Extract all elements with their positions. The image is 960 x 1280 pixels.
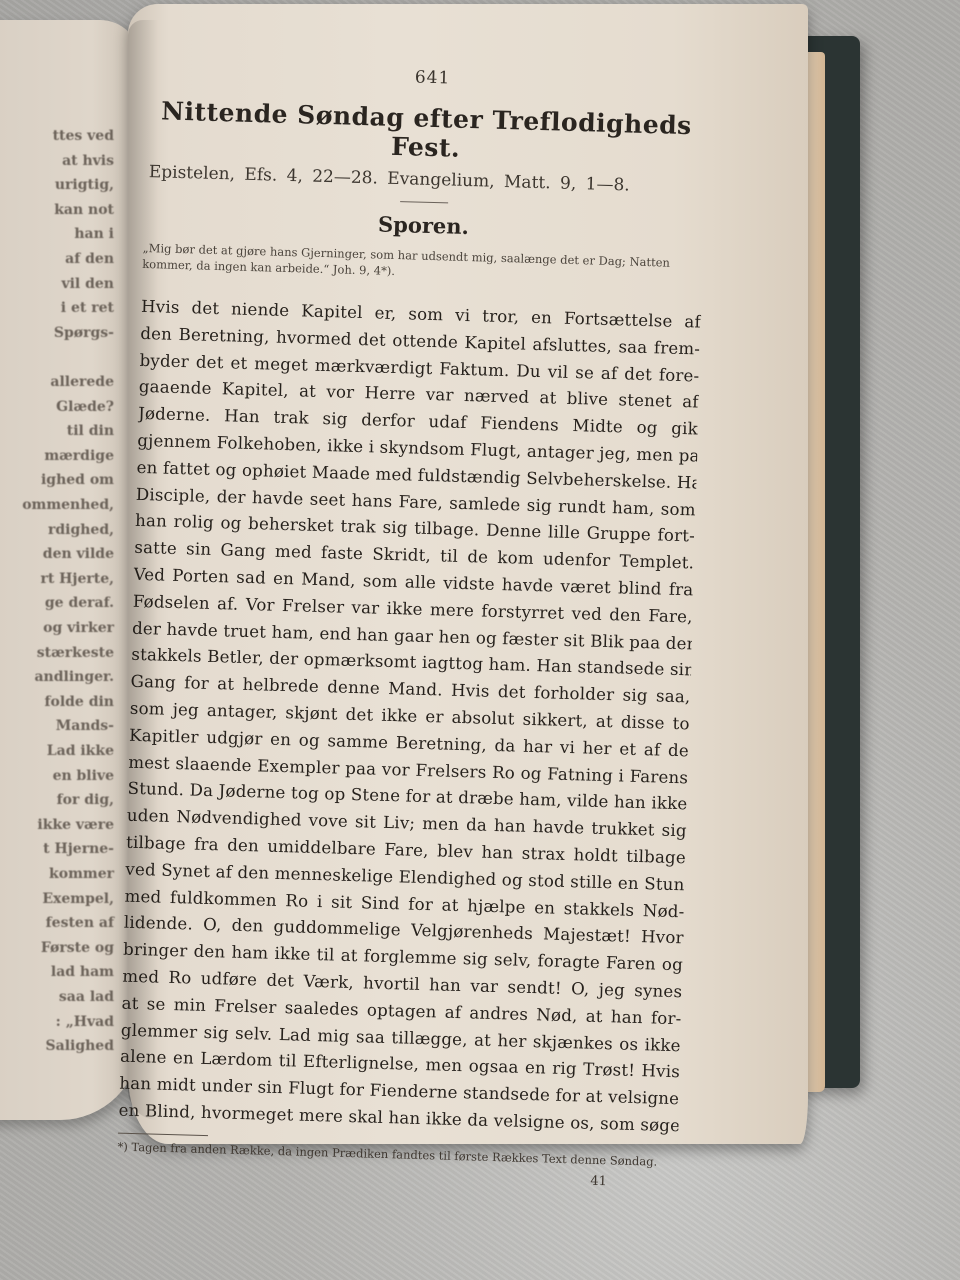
page-content: 641 Nittende Søndag efter Treflodigheds …	[117, 60, 708, 1191]
left-page-line-fragment: rdighed,	[48, 522, 114, 538]
left-page-line-fragment: Exempel,	[42, 891, 114, 907]
left-page-line-fragment: stærkeste	[37, 645, 114, 661]
left-page-line-fragment: den vilde	[43, 546, 114, 562]
left-page-line-fragment: ommenhed,	[22, 497, 114, 513]
left-page-line-fragment: Glæde?	[56, 399, 114, 415]
left-page-line-fragment: ttes ved	[53, 128, 114, 144]
left-page-line-fragment: rt Hjerte,	[40, 571, 114, 587]
left-page-line-fragment: til din	[67, 423, 114, 439]
right-page: 641 Nittende Søndag efter Treflodigheds …	[128, 4, 808, 1144]
left-page-line-fragment: festen af	[46, 915, 114, 931]
footnote-divider	[118, 1132, 208, 1136]
scripture-readings: Epistelen, Efs. 4, 22—28. Evangelium, Ma…	[145, 162, 705, 198]
left-page-line-fragment: han i	[74, 226, 114, 242]
left-page-line-fragment: : „Hvad	[56, 1014, 114, 1030]
left-page-line-fragment: urigtig,	[55, 177, 114, 193]
left-page: ttes vedat hvisurigtig,kan nothan iaf de…	[0, 20, 140, 1120]
left-page-line-fragment: saa lad	[59, 989, 114, 1005]
sermon-title: Nittende Søndag efter Treflodigheds Fest…	[145, 96, 706, 170]
left-page-line-fragment: af den	[65, 251, 114, 267]
left-page-line-fragment: kommer	[49, 866, 114, 882]
left-page-line-fragment: at hvis	[62, 153, 114, 169]
left-page-line-fragment: Første og	[41, 940, 114, 956]
page-number: 641	[157, 60, 707, 95]
left-page-line-fragment: kan not	[54, 202, 114, 218]
left-page-line-fragment: folde din	[44, 694, 114, 710]
left-page-line-fragment: i et ret	[61, 300, 114, 316]
left-page-line-fragment: andlinger.	[34, 669, 114, 685]
left-page-line-fragment: og virker	[43, 620, 114, 636]
section-title: Sporen.	[143, 205, 703, 246]
left-page-line-fragment: for dig,	[57, 792, 114, 808]
left-page-line-fragment: lad ham	[51, 964, 114, 980]
left-page-line-fragment: ikke være	[37, 817, 114, 833]
left-page-line-fragment: ge deraf.	[45, 595, 114, 611]
left-page-line-fragment: Mands-	[56, 718, 114, 734]
title-divider	[400, 201, 448, 203]
left-page-line-fragment: Lad ikke	[47, 743, 114, 759]
body-text: Hvis det niende Kapitel er, som vi tror,…	[118, 294, 701, 1140]
left-page-line-fragment: Spørgs-	[54, 325, 114, 341]
left-page-line-fragment: allerede	[50, 374, 114, 390]
left-page-line-fragment: en blive	[53, 768, 114, 784]
left-page-line-fragment: vil den	[61, 276, 114, 292]
epigraph-quote: „Mig bør det at gjøre hans Gjerninger, s…	[142, 240, 703, 288]
left-page-line-fragment: ighed om	[41, 472, 114, 488]
left-page-line-fragment: t Hjerne-	[43, 841, 114, 857]
left-page-line-fragment: mærdige	[44, 448, 114, 464]
left-page-line-fragment: Salighed	[46, 1038, 114, 1054]
